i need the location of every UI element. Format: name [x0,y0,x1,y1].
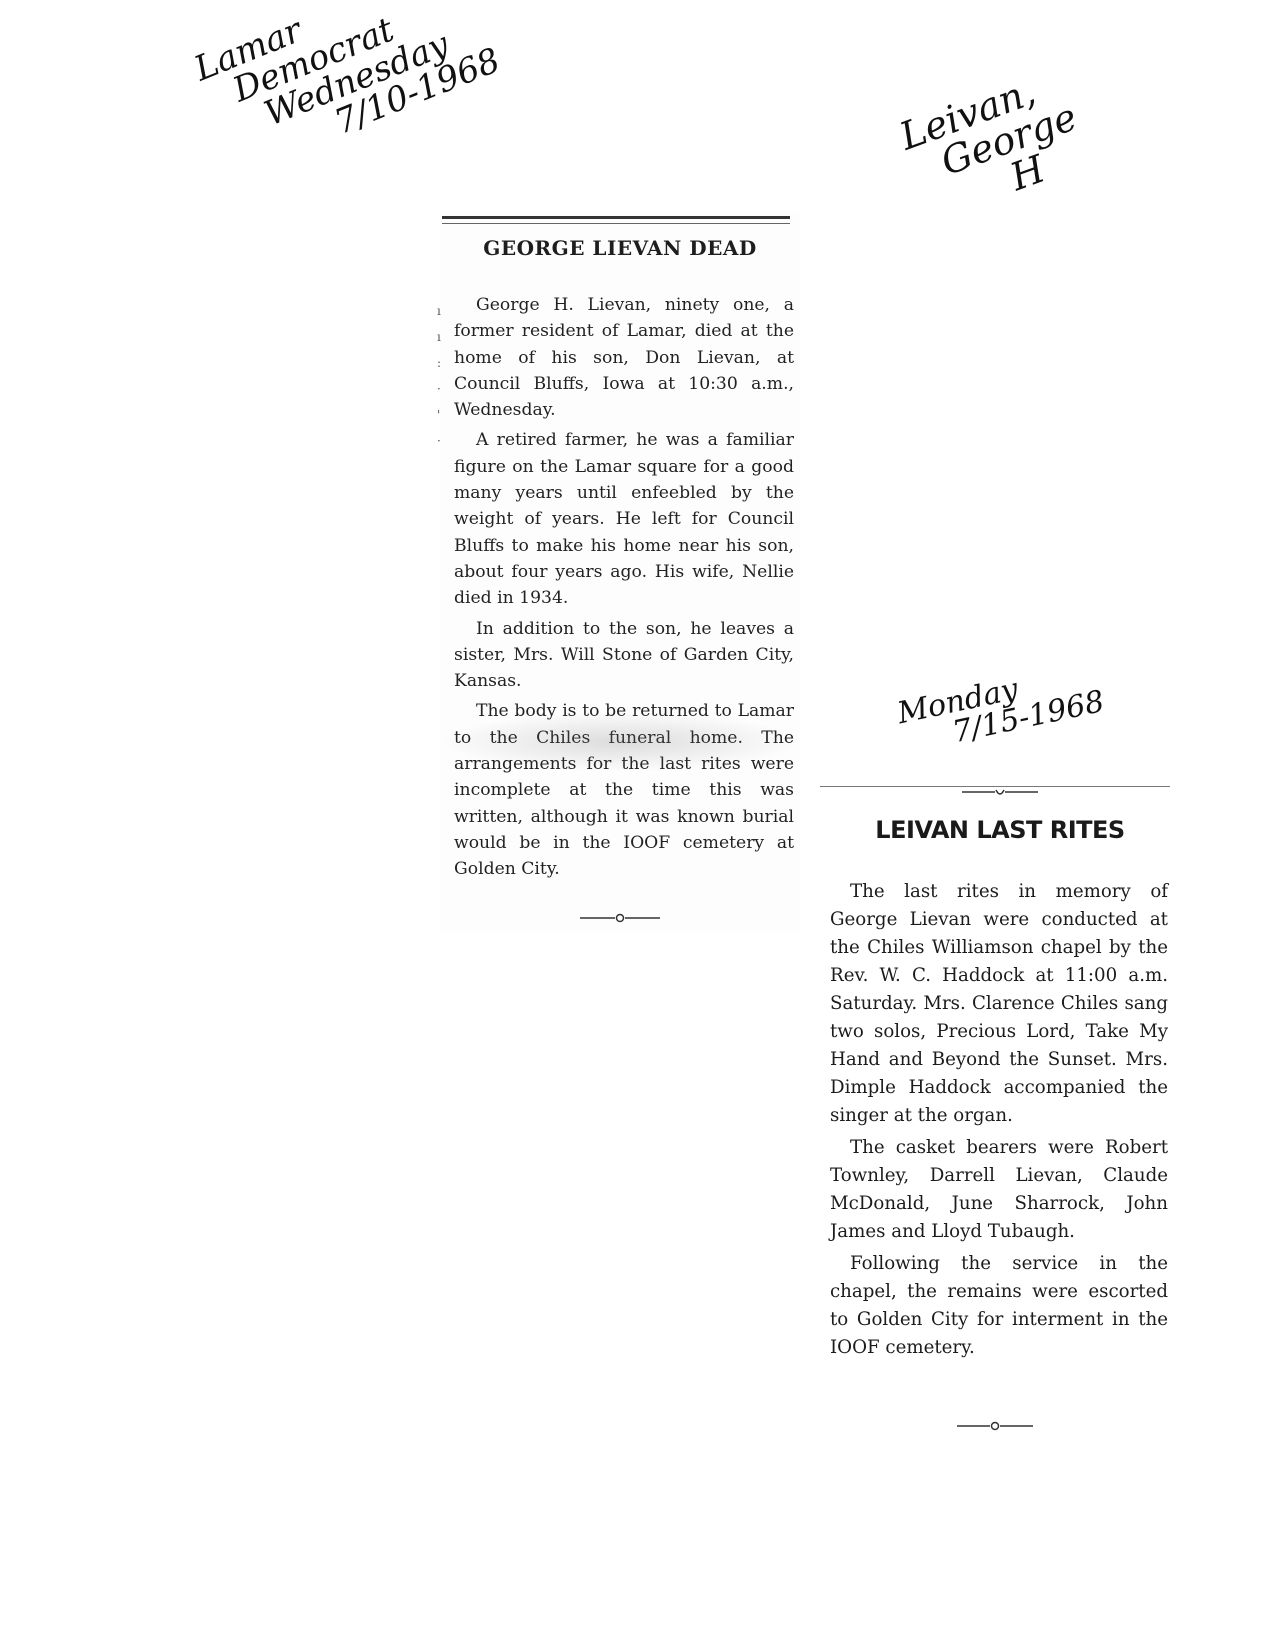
last-rites-body: The last rites in memory of George Lieva… [830,878,1168,1366]
obituary-clipping: GEORGE LIEVAN DEAD ıı:·'· George H. Liev… [440,212,800,932]
handwritten-paper-date-note: Lamar Democrat Wednesday 7/10-1968 [190,0,505,181]
paragraph: In addition to the son, he leaves a sist… [454,616,794,695]
top-rule-divider [442,216,790,224]
last-rites-headline: LEIVAN LAST RITES [820,816,1180,844]
obituary-headline: GEORGE LIEVAN DEAD [440,236,800,260]
paragraph: The last rites in memory of George Lieva… [830,878,1168,1130]
obituary-body: George H. Lievan, ninety one, a former r… [454,292,794,887]
end-ornament-icon [955,1420,1035,1432]
top-ornament-icon [960,788,1040,800]
paragraph: George H. Lievan, ninety one, a former r… [454,292,794,423]
top-rule-divider [820,786,1170,787]
handwritten-second-date-note: Monday 7/15-1968 [895,658,1107,759]
paragraph: The casket bearers were Robert Townley, … [830,1134,1168,1246]
end-ornament-icon [575,912,665,924]
paragraph: The body is to be returned to Lamar to t… [454,698,794,882]
paragraph: Following the service in the chapel, the… [830,1250,1168,1362]
paragraph: A retired farmer, he was a familiar figu… [454,427,794,611]
column-edge-marks: ıı:·'· [437,298,441,454]
handwritten-subject-name-note: Leivan, George H [895,62,1094,228]
last-rites-clipping: LEIVAN LAST RITES The last rites in memo… [820,780,1180,1460]
